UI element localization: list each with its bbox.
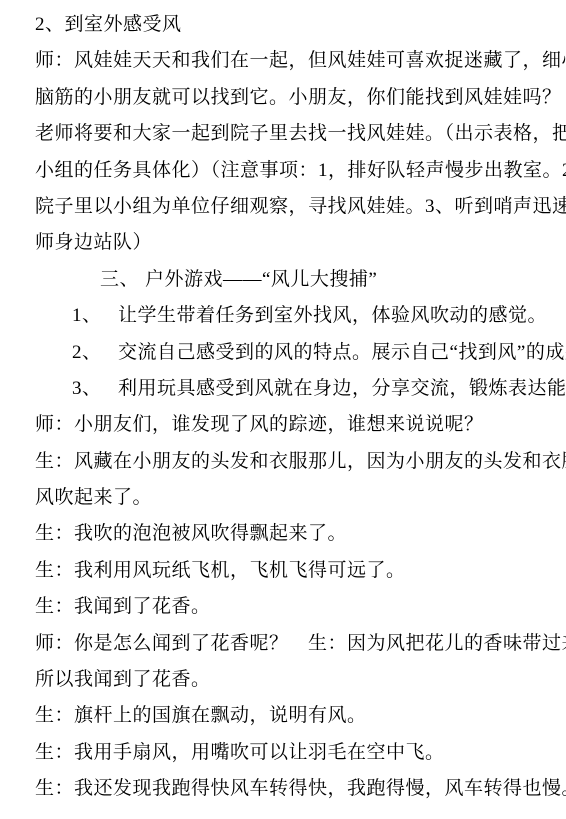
doc-line: 生：我闻到了花香。: [35, 589, 556, 625]
list-item: 1、让学生带着任务到室外找风，体验风吹动的感觉。: [35, 298, 556, 334]
doc-line: 师身边站队）: [35, 225, 556, 261]
doc-line: 老师将要和大家一起到院子里去找一找风娃娃。（出示表格，把每个: [35, 116, 556, 152]
list-item: 2、交流自己感受到的风的特点。展示自己“找到风”的成果。: [35, 335, 556, 371]
list-item: 3、利用玩具感受到风就在身边，分享交流，锻炼表达能力。: [35, 371, 556, 407]
doc-line: 所以我闻到了花香。: [35, 662, 556, 698]
doc-line: 生：我吹的泡泡被风吹得飘起来了。: [35, 516, 556, 552]
list-item-text: 让学生带着任务到室外找风，体验风吹动的感觉。: [118, 305, 547, 326]
list-item-text: 交流自己感受到的风的特点。展示自己“找到风”的成果。: [118, 342, 566, 363]
doc-line: 师：风娃娃天天和我们在一起，但风娃娃可喜欢捉迷藏了，细心肯动: [35, 43, 556, 79]
list-item-text: 利用玩具感受到风就在身边，分享交流，锻炼表达能力。: [118, 378, 566, 399]
section-heading-number: 三、: [100, 262, 145, 298]
doc-line: 生：我还发现我跑得快风车转得快，我跑得慢，风车转得也慢。: [35, 771, 556, 807]
document-page: 2、到室外感受风 师：风娃娃天天和我们在一起，但风娃娃可喜欢捉迷藏了，细心肯动 …: [0, 0, 566, 819]
doc-line: 师：你是怎么闻到了花香呢？ 生：因为风把花儿的香味带过来了，: [35, 626, 556, 662]
doc-line: 风吹起来了。: [35, 480, 556, 516]
doc-line: 生：风藏在小朋友的头发和衣服那儿，因为小朋友的头发和衣服都被: [35, 444, 556, 480]
doc-line: 师：小朋友们，谁发现了风的踪迹，谁想来说说呢？: [35, 407, 556, 443]
list-item-number: 2、: [72, 335, 118, 371]
doc-line: 生：我利用风玩纸飞机，飞机飞得可远了。: [35, 553, 556, 589]
section-heading: 三、户外游戏——“风儿大搜捕”: [35, 262, 556, 298]
doc-line: 院子里以小组为单位仔细观察，寻找风娃娃。3、听到哨声迅速到老: [35, 189, 556, 225]
doc-line: 生：旗杆上的国旗在飘动，说明有风。: [35, 698, 556, 734]
doc-line: 脑筋的小朋友就可以找到它。小朋友，你们能找到风娃娃吗？: [35, 80, 556, 116]
list-item-number: 1、: [72, 298, 118, 334]
list-item-number: 3、: [72, 371, 118, 407]
doc-line: 2、到室外感受风: [35, 7, 556, 43]
doc-line: 小组的任务具体化）（注意事项：1，排好队轻声慢步出教室。2、在: [35, 153, 556, 189]
section-heading-text: 户外游戏——“风儿大搜捕”: [145, 269, 377, 290]
doc-line: 生：我用手扇风，用嘴吹可以让羽毛在空中飞。: [35, 735, 556, 771]
